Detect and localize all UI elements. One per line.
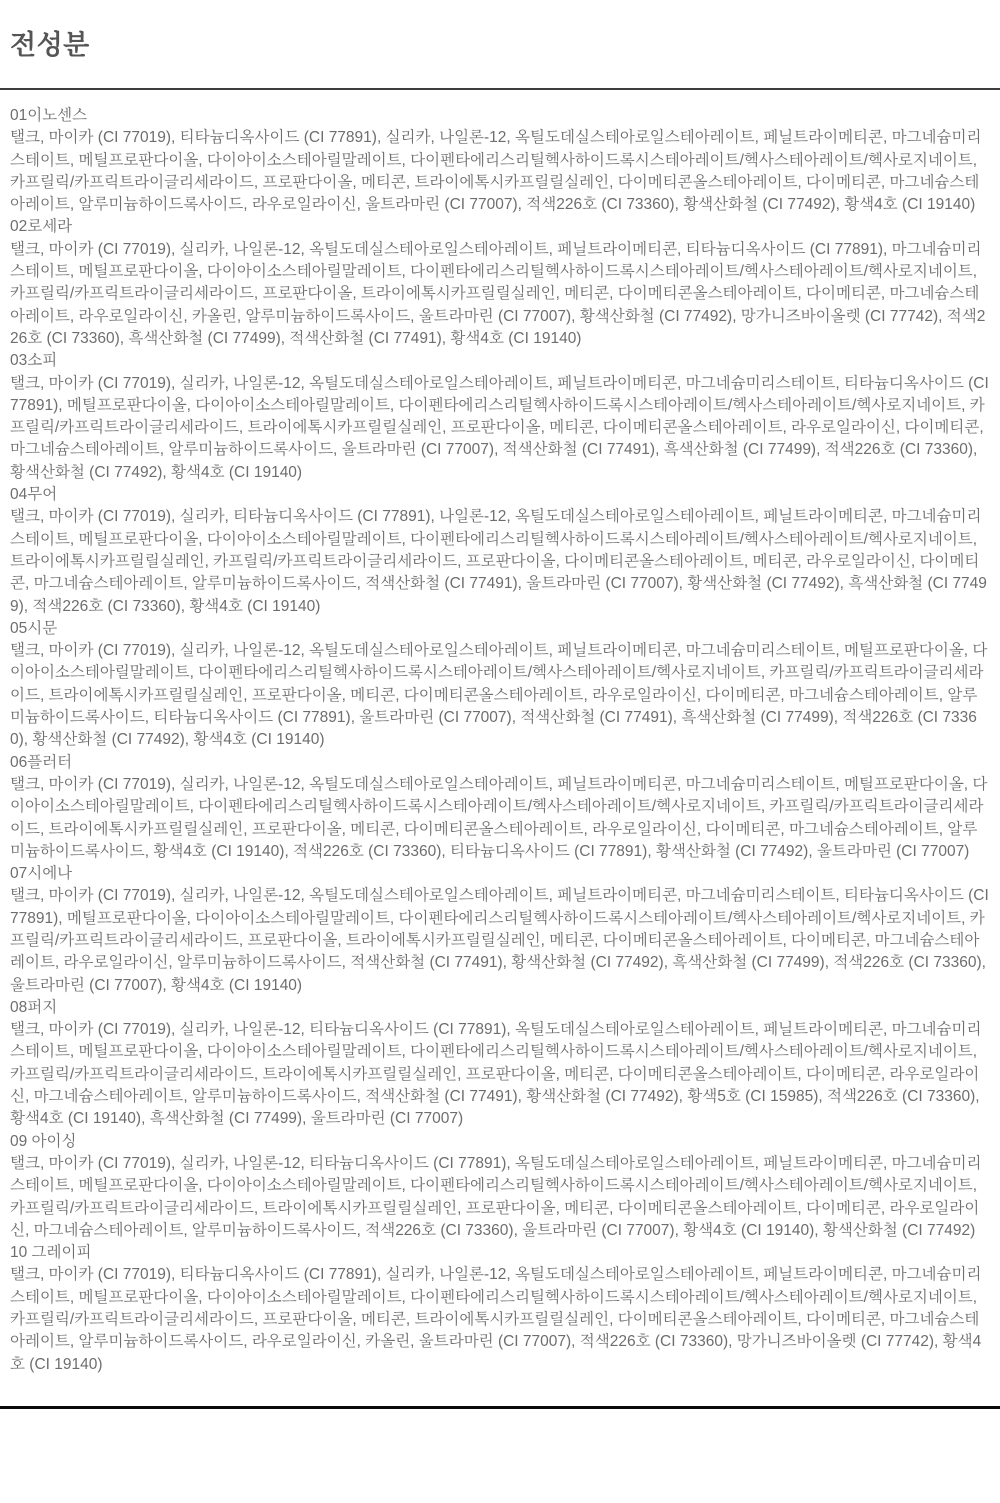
section-ingredients: 탤크, 마이카 (CI 77019), 실리카, 나일론-12, 티타늄디옥사이… (10, 1153, 990, 1242)
ingredient-section: 04무어 탤크, 마이카 (CI 77019), 실리카, 티타늄디옥사이드 (… (10, 484, 990, 618)
section-ingredients: 탤크, 마이카 (CI 77019), 실리카, 나일론-12, 옥틸도데실스테… (10, 373, 990, 484)
section-ingredients: 탤크, 마이카 (CI 77019), 실리카, 나일론-12, 옥틸도데실스테… (10, 239, 990, 350)
ingredient-section: 09 아이싱 탤크, 마이카 (CI 77019), 실리카, 나일론-12, … (10, 1131, 990, 1242)
bottom-divider (0, 1406, 1000, 1409)
section-ingredients: 탤크, 마이카 (CI 77019), 실리카, 나일론-12, 옥틸도데실스테… (10, 640, 990, 751)
section-ingredients: 탤크, 마이카 (CI 77019), 티타늄디옥사이드 (CI 77891),… (10, 1264, 990, 1375)
section-name: 10 그레이피 (10, 1242, 990, 1264)
ingredients-content: 01이노센스 탤크, 마이카 (CI 77019), 티타늄디옥사이드 (CI … (0, 90, 1000, 1376)
ingredients-page: 전성분 01이노센스 탤크, 마이카 (CI 77019), 티타늄디옥사이드 … (0, 0, 1000, 1503)
ingredient-section: 10 그레이피 탤크, 마이카 (CI 77019), 티타늄디옥사이드 (CI… (10, 1242, 990, 1376)
section-ingredients: 탤크, 마이카 (CI 77019), 실리카, 나일론-12, 옥틸도데실스테… (10, 885, 990, 996)
ingredient-section: 06플러터 탤크, 마이카 (CI 77019), 실리카, 나일론-12, 옥… (10, 752, 990, 863)
ingredient-section: 03소피 탤크, 마이카 (CI 77019), 실리카, 나일론-12, 옥틸… (10, 350, 990, 484)
section-name: 06플러터 (10, 752, 990, 774)
ingredient-section: 01이노센스 탤크, 마이카 (CI 77019), 티타늄디옥사이드 (CI … (10, 105, 990, 216)
section-ingredients: 탤크, 마이카 (CI 77019), 실리카, 나일론-12, 옥틸도데실스테… (10, 774, 990, 863)
page-title: 전성분 (0, 0, 1000, 62)
ingredient-section: 08퍼지 탤크, 마이카 (CI 77019), 실리카, 나일론-12, 티타… (10, 997, 990, 1131)
ingredient-section: 05시문 탤크, 마이카 (CI 77019), 실리카, 나일론-12, 옥틸… (10, 618, 990, 752)
section-name: 01이노센스 (10, 105, 990, 127)
section-name: 05시문 (10, 618, 990, 640)
section-ingredients: 탤크, 마이카 (CI 77019), 실리카, 나일론-12, 티타늄디옥사이… (10, 1019, 990, 1130)
section-name: 09 아이싱 (10, 1131, 990, 1153)
section-name: 08퍼지 (10, 997, 990, 1019)
section-name: 04무어 (10, 484, 990, 506)
section-name: 03소피 (10, 350, 990, 372)
section-name: 07시에나 (10, 863, 990, 885)
section-ingredients: 탤크, 마이카 (CI 77019), 실리카, 티타늄디옥사이드 (CI 77… (10, 506, 990, 617)
section-name: 02로세라 (10, 216, 990, 238)
ingredient-section: 07시에나 탤크, 마이카 (CI 77019), 실리카, 나일론-12, 옥… (10, 863, 990, 997)
section-ingredients: 탤크, 마이카 (CI 77019), 티타늄디옥사이드 (CI 77891),… (10, 127, 990, 216)
ingredient-section: 02로세라 탤크, 마이카 (CI 77019), 실리카, 나일론-12, 옥… (10, 216, 990, 350)
